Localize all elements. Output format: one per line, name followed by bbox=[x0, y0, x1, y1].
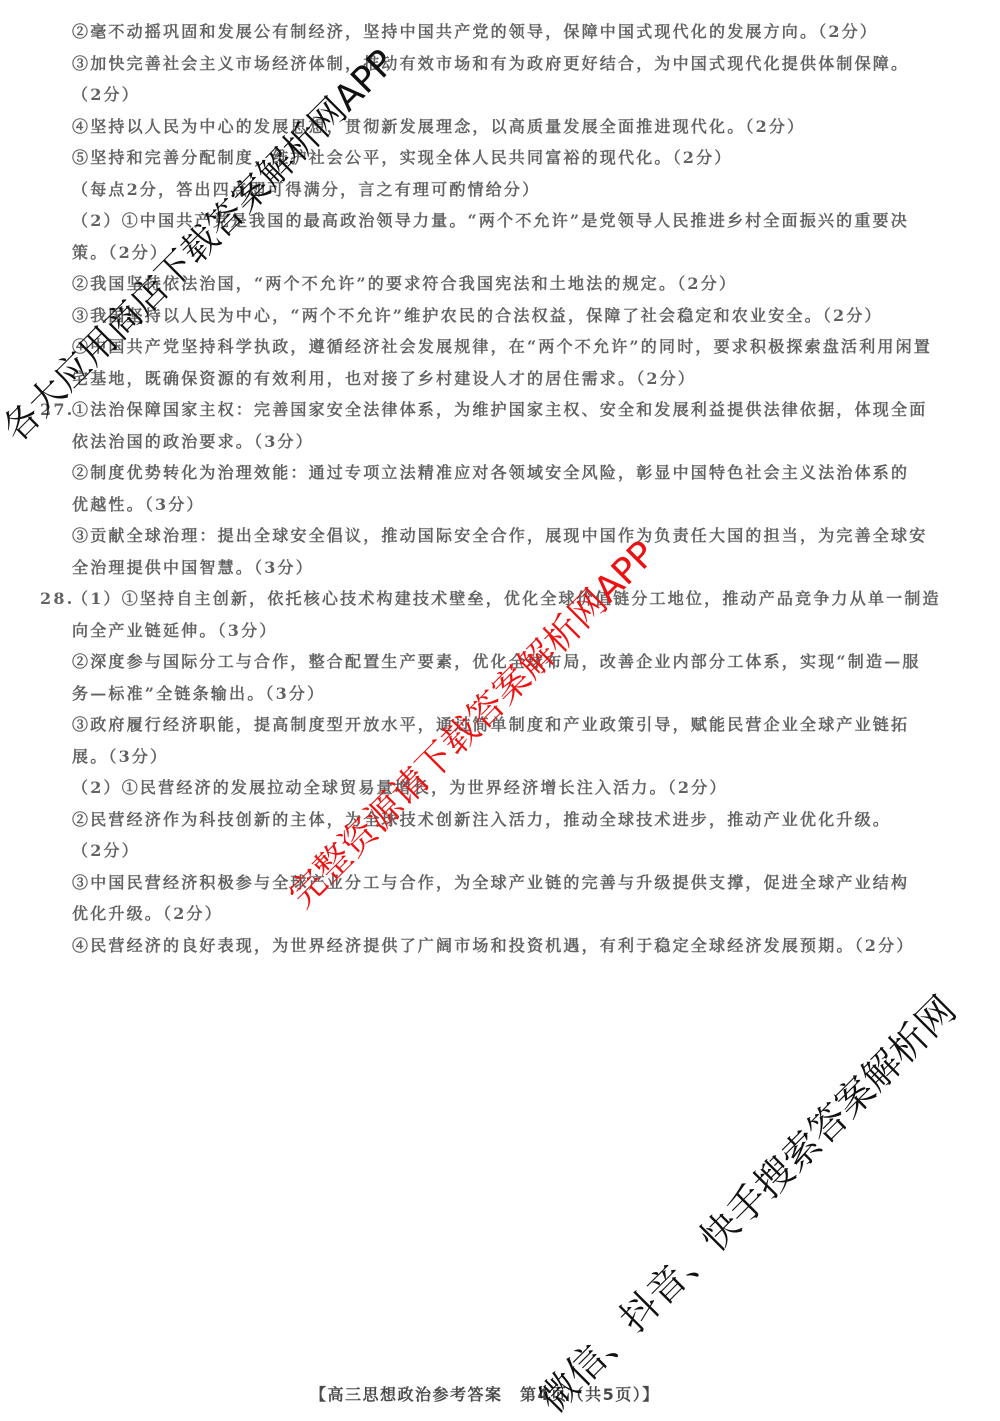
answer-line: ②深度参与国际分工与合作，整合配置生产要素，优化全球布局，改善企业内部分工体系，… bbox=[72, 652, 921, 672]
question-number: 28. bbox=[40, 589, 74, 609]
answer-line: （每点2分，答出四点即可得满分，言之有理可酌情给分） bbox=[72, 180, 540, 200]
answer-line: ②制度优势转化为治理效能：通过专项立法精准应对各领域安全风险，彰显中国特色社会主… bbox=[72, 463, 909, 483]
answer-line: 优化升级。（2分） bbox=[72, 904, 223, 924]
answer-line: 依法治国的政治要求。（3分） bbox=[72, 432, 314, 452]
answer-line: 策。（2分） bbox=[72, 243, 168, 263]
answer-line: （2分） bbox=[72, 841, 140, 861]
answer-line: （1）①坚持自主创新，依托核心技术构建技术壁垒，优化全球价值链分工地位，推动产品… bbox=[72, 589, 941, 609]
document-page: ②毫不动摇巩固和发展公有制经济，坚持中国共产党的领导，保障中国式现代化的发展方向… bbox=[0, 0, 1000, 1421]
page-footer: 【高三思想政治参考答案 第4页（共5页）】 bbox=[310, 1382, 660, 1405]
answer-line: ①法治保障国家主权：完善国家安全法律体系，为维护国家主权、安全和发展利益提供法律… bbox=[72, 400, 927, 420]
answer-line: （2分） bbox=[72, 85, 140, 105]
answer-line: ②毫不动摇巩固和发展公有制经济，坚持中国共产党的领导，保障中国式现代化的发展方向… bbox=[72, 22, 878, 42]
answer-line: ③我国坚持以人民为中心，“两个不允许”维护农民的合法权益，保障了社会稳定和农业安… bbox=[72, 306, 883, 326]
answer-line: ③贡献全球治理：提出全球安全倡议，推动国际安全合作，展现中国作为负责任大国的担当… bbox=[72, 526, 927, 546]
watermark-social-search: 微信、抖音、快手搜索答案解析网 bbox=[534, 991, 961, 1418]
answer-line: ⑤坚持和完善分配制度，维护社会公平，实现全体人民共同富裕的现代化。（2分） bbox=[72, 148, 733, 168]
answer-line: 展。（3分） bbox=[72, 747, 168, 767]
answer-line: 宅基地，既确保资源的有效利用，也对接了乡村建设人才的居住需求。（2分） bbox=[72, 369, 696, 389]
answer-line: ③中国民营经济积极参与全球产业分工与合作，为全球产业链的完善与升级提供支撑，促进… bbox=[72, 873, 909, 893]
answer-line: ③加快完善社会主义市场经济体制，推动有效市场和有为政府更好结合，为中国式现代化提… bbox=[72, 54, 909, 74]
answer-line: ④中国共产党坚持科学执政，遵循经济社会发展规律，在“两个不允许”的同时，要求积极… bbox=[72, 337, 932, 357]
answer-line: 向全产业链延伸。（3分） bbox=[72, 621, 278, 641]
answer-line: 优越性。（3分） bbox=[72, 495, 205, 515]
answer-line: ④坚持以人民为中心的发展思想，贯彻新发展理念，以高质量发展全面推进现代化。（2分… bbox=[72, 117, 805, 137]
answer-line: 全治理提供中国智慧。（3分） bbox=[72, 558, 314, 578]
answer-line: 务—标准”全链条输出。（3分） bbox=[72, 684, 325, 704]
answer-line: ④民营经济的良好表现，为世界经济提供了广阔市场和投资机遇，有利于稳定全球经济发展… bbox=[72, 936, 915, 956]
answer-line: ②民营经济作为科技创新的主体，为全球技术创新注入活力，推动全球技术进步，推动产业… bbox=[72, 810, 891, 830]
